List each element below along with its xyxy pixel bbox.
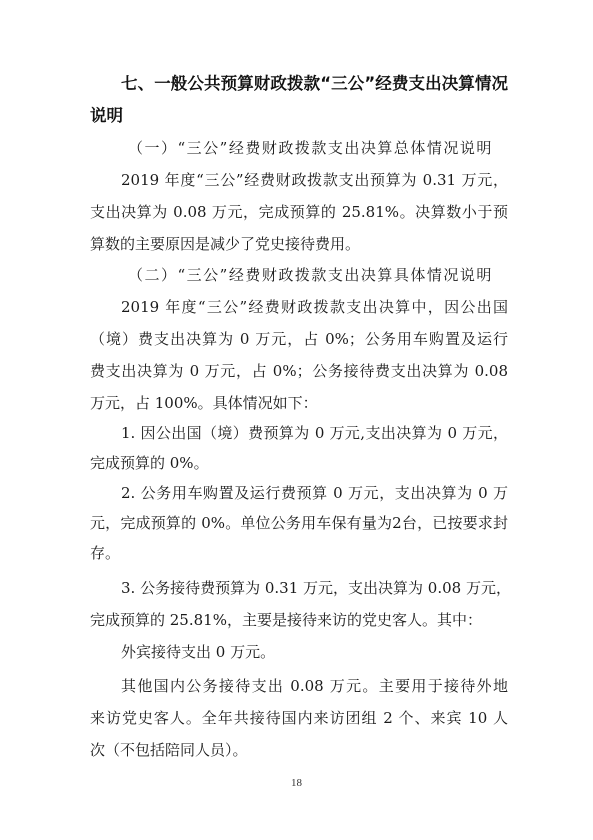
subsection-2-title: （二）“三公”经费财政拨款支出决算具体情况说明 <box>128 265 506 285</box>
paragraph-line: （境）费支出决算为 0 万元，占 0%；公务用车购置及运行 <box>90 329 508 349</box>
item-2-line: 元，完成预算的 0%。单位公务用车保有量为2台，已按要求封 <box>90 513 508 533</box>
paragraph-line: 2019 年度“三公”经费财政拨款支出决算中，因公出国 <box>121 297 508 317</box>
section-title-line-1: 七、一般公共预算财政拨款“三公”经费支出决算情况 <box>121 74 508 94</box>
domestic-reception-line: 来访党史客人。全年共接待国内来访团组 2 个、来宾 10 人 <box>90 708 508 728</box>
item-2-line: 2. 公务用车购置及运行费预算 0 万元，支出决算为 0 万 <box>121 483 508 503</box>
paragraph-line: 算数的主要原因是减少了党史接待费用。 <box>90 234 508 254</box>
item-2-line: 存。 <box>90 543 508 563</box>
foreign-reception-line: 外宾接待支出 0 万元。 <box>121 642 508 662</box>
paragraph-line: 2019 年度“三公”经费财政拨款支出预算为 0.31 万元， <box>121 170 508 190</box>
paragraph-line: 万元，占 100%。具体情况如下： <box>90 393 508 413</box>
paragraph-line: 支出决算为 0.08 万元，完成预算的 25.81%。决算数小于预 <box>90 202 508 222</box>
item-3-line: 3. 公务接待费预算为 0.31 万元，支出决算为 0.08 万元， <box>121 578 508 598</box>
domestic-reception-line: 次（不包括陪同人员）。 <box>90 740 508 760</box>
item-1-line: 完成预算的 0%。 <box>90 453 508 473</box>
domestic-reception-line: 其他国内公务接待支出 0.08 万元。主要用于接待外地 <box>121 676 508 696</box>
paragraph-line: 费支出决算为 0 万元，占 0%；公务接待费支出决算为 0.08 <box>90 361 508 381</box>
subsection-1-title: （一）“三公”经费财政拨款支出决算总体情况说明 <box>128 138 506 158</box>
item-3-line: 完成预算的 25.81%，主要是接待来访的党史客人。其中： <box>90 610 508 630</box>
document-page: 七、一般公共预算财政拨款“三公”经费支出决算情况 说明 （一）“三公”经费财政拨… <box>0 0 593 840</box>
page-number: 18 <box>0 777 593 789</box>
section-title-line-2: 说明 <box>90 106 508 126</box>
item-1-line: 1. 因公出国（境）费预算为 0 万元,支出决算为 0 万元， <box>121 423 508 443</box>
